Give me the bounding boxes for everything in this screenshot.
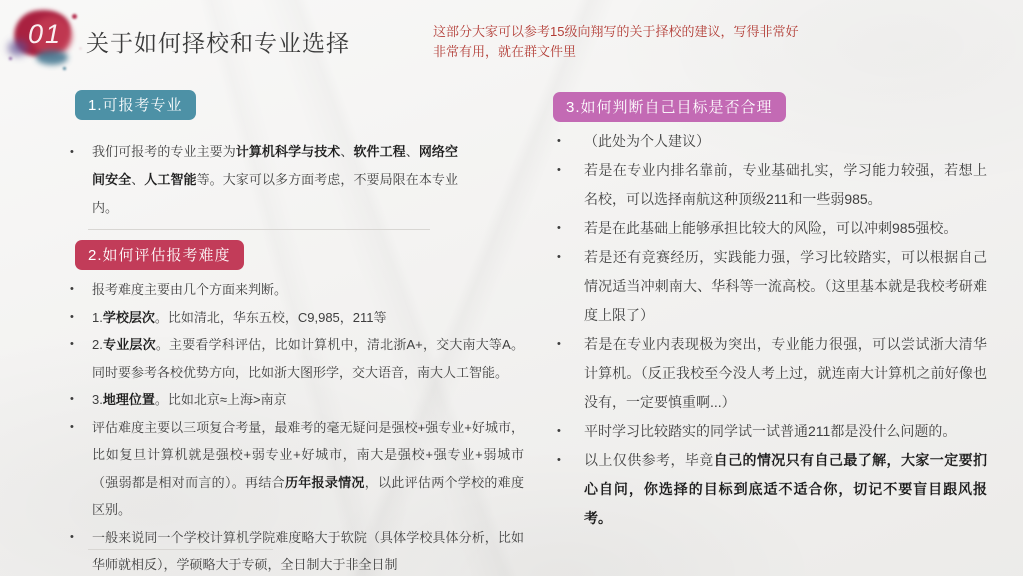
bullet-item: •评估难度主要以三项复合考量，最难考的毫无疑问是强校+强专业+好城市，比如复旦计… <box>70 414 524 524</box>
section-badge-3: 3.如何判断自己目标是否合理 <box>553 92 786 122</box>
bullet-text: 平时学习比较踏实的同学试一试普通211都是没什么问题的。 <box>584 417 987 446</box>
bullet-dot: • <box>70 524 92 552</box>
bullet-item: •以上仅供参考，毕竟自己的情况只有自己最了解，大家一定要扪心自问，你选择的目标到… <box>557 446 987 533</box>
bullet-text: 2.专业层次。主要看学科评估，比如计算机中，清北浙A+，交大南大等A。同时要参考… <box>92 331 524 386</box>
bullet-item: •平时学习比较踏实的同学试一试普通211都是没什么问题的。 <box>557 417 987 446</box>
bullet-text: 若是在专业内排名靠前，专业基础扎实，学习能力较强，若想上名校，可以选择南航这种顶… <box>584 156 987 214</box>
section-badge-1: 1.可报考专业 <box>75 90 196 120</box>
bullet-text: 以上仅供参考，毕竟自己的情况只有自己最了解，大家一定要扪心自问，你选择的目标到底… <box>584 446 987 533</box>
bullet-text: 若是在专业内表现极为突出，专业能力很强，可以尝试浙大清华计算机。（反正我校至今没… <box>584 330 987 417</box>
section-badge-2: 2.如何评估报考难度 <box>75 240 244 270</box>
divider <box>88 549 273 550</box>
chapter-number-splash-icon: 01 <box>8 6 82 72</box>
bullet-dot: • <box>557 243 584 272</box>
bullet-text: 1.学校层次。比如清北，华东五校，C9,985，211等 <box>92 304 524 332</box>
bullet-text: 我们可报考的专业主要为计算机科学与技术、软件工程、网络空间安全、人工智能等。大家… <box>92 138 458 222</box>
bullet-text: 若是还有竞赛经历，实践能力强，学习比较踏实，可以根据自己情况适当冲刺南大、华科等… <box>584 243 987 330</box>
bullet-dot: • <box>70 414 92 442</box>
bullet-dot: • <box>557 156 584 185</box>
bullet-dot: • <box>70 276 92 304</box>
bullet-item: •报考难度主要由几个方面来判断。 <box>70 276 524 304</box>
bullet-item: •3.地理位置。比如北京≈上海>南京 <box>70 386 524 414</box>
bullet-dot: • <box>557 127 584 156</box>
bullet-dot: • <box>557 214 584 243</box>
bullet-item: •我们可报考的专业主要为计算机科学与技术、软件工程、网络空间安全、人工智能等。大… <box>70 138 458 222</box>
bullet-dot: • <box>557 330 584 359</box>
bullet-item: •1.学校层次。比如清北，华东五校，C9,985，211等 <box>70 304 524 332</box>
splash-blob <box>36 50 68 65</box>
bullet-text: （此处为个人建议） <box>584 127 987 156</box>
bullet-item: •（此处为个人建议） <box>557 127 987 156</box>
bullet-dot: • <box>70 331 92 359</box>
header-annotation: 这部分大家可以参考15级向翔写的关于择校的建议，写得非常好非常有用，就在群文件里 <box>433 22 809 62</box>
bullet-item: •2.专业层次。主要看学科评估，比如计算机中，清北浙A+，交大南大等A。同时要参… <box>70 331 524 386</box>
slide-title: 关于如何择校和专业选择 <box>86 25 350 58</box>
bullet-dot: • <box>70 138 92 166</box>
bullet-text: 报考难度主要由几个方面来判断。 <box>92 276 524 304</box>
bullet-dot: • <box>70 386 92 414</box>
bullet-item: •若是在专业内表现极为突出，专业能力很强，可以尝试浙大清华计算机。（反正我校至今… <box>557 330 987 417</box>
bullet-text: 3.地理位置。比如北京≈上海>南京 <box>92 386 524 414</box>
bullet-text: 评估难度主要以三项复合考量，最难考的毫无疑问是强校+强专业+好城市，比如复旦计算… <box>92 414 524 524</box>
bullet-dot: • <box>70 304 92 332</box>
bullet-list-3: •（此处为个人建议）•若是在专业内排名靠前，专业基础扎实，学习能力较强，若想上名… <box>557 127 987 533</box>
bullet-item: •若是在此基础上能够承担比较大的风险，可以冲刺985强校。 <box>557 214 987 243</box>
bullet-item: •若是还有竞赛经历，实践能力强，学习比较踏实，可以根据自己情况适当冲刺南大、华科… <box>557 243 987 330</box>
presentation-slide: 01 关于如何择校和专业选择 这部分大家可以参考15级向翔写的关于择校的建议，写… <box>0 0 1023 576</box>
bullet-list-2: •报考难度主要由几个方面来判断。•1.学校层次。比如清北，华东五校，C9,985… <box>70 276 524 576</box>
bullet-dot: • <box>557 446 584 475</box>
bullet-list-1: •我们可报考的专业主要为计算机科学与技术、软件工程、网络空间安全、人工智能等。大… <box>70 138 458 222</box>
chapter-number: 01 <box>8 19 82 50</box>
divider <box>88 229 430 230</box>
bullet-dot: • <box>557 417 584 446</box>
bullet-item: •若是在专业内排名靠前，专业基础扎实，学习能力较强，若想上名校，可以选择南航这种… <box>557 156 987 214</box>
bullet-text: 若是在此基础上能够承担比较大的风险，可以冲刺985强校。 <box>584 214 987 243</box>
